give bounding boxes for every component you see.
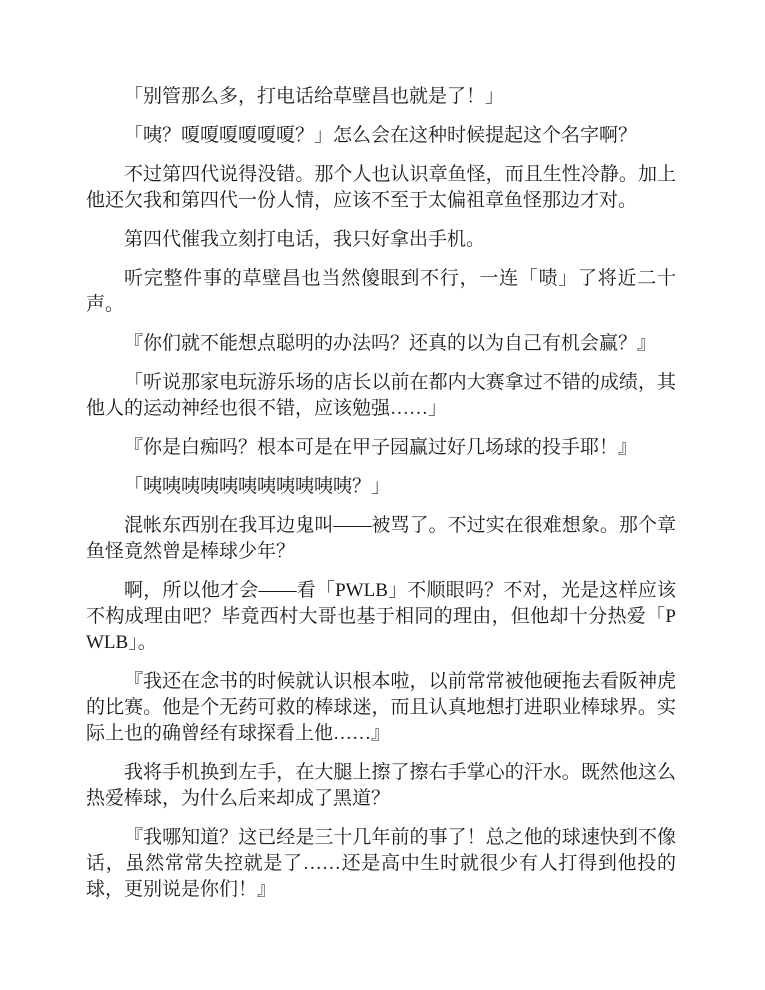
paragraph: 啊，所以他才会——看「PWLB」不顺眼吗？不对，光是这样应该不构成理由吧？毕竟西… — [86, 578, 676, 656]
paragraph: 不过第四代说得没错。那个人也认识章鱼怪，而且生性冷静。加上他还欠我和第四代一份人… — [86, 162, 676, 214]
paragraph: 「咦？嗄嗄嗄嗄嗄嗄？」怎么会在这种时候提起这个名字啊？ — [86, 123, 676, 149]
paragraph: 听完整件事的草壁昌也当然傻眼到不行，一连「啧」了将近二十声。 — [86, 266, 676, 318]
paragraph: 『我哪知道？这已经是三十几年前的事了！总之他的球速快到不像话，虽然常常失控就是了… — [86, 825, 676, 903]
novel-page: 「别管那么多，打电话给草壁昌也就是了！」 「咦？嗄嗄嗄嗄嗄嗄？」怎么会在这种时候… — [0, 0, 765, 990]
paragraph: 我将手机换到左手，在大腿上擦了擦右手掌心的汗水。既然他这么热爱棒球，为什么后来却… — [86, 760, 676, 812]
paragraph: 『你是白痴吗？根本可是在甲子园赢过好几场球的投手耶！』 — [86, 435, 676, 461]
paragraph: 『你们就不能想点聪明的办法吗？还真的以为自己有机会赢？』 — [86, 331, 676, 357]
paragraph: 「听说那家电玩游乐场的店长以前在都内大赛拿过不错的成绩，其他人的运动神经也很不错… — [86, 370, 676, 422]
paragraph: 『我还在念书的时候就认识根本啦，以前常常被他硬拖去看阪神虎的比赛。他是个无药可救… — [86, 669, 676, 747]
paragraph: 第四代催我立刻打电话，我只好拿出手机。 — [86, 227, 676, 253]
paragraph: 混帐东西别在我耳边鬼叫——被骂了。不过实在很难想象。那个章鱼怪竟然曾是棒球少年？ — [86, 513, 676, 565]
text-block: 「别管那么多，打电话给草壁昌也就是了！」 「咦？嗄嗄嗄嗄嗄嗄？」怎么会在这种时候… — [86, 84, 676, 916]
paragraph: 「别管那么多，打电话给草壁昌也就是了！」 — [86, 84, 676, 110]
paragraph: 「咦咦咦咦咦咦咦咦咦咦咦？」 — [86, 474, 676, 500]
